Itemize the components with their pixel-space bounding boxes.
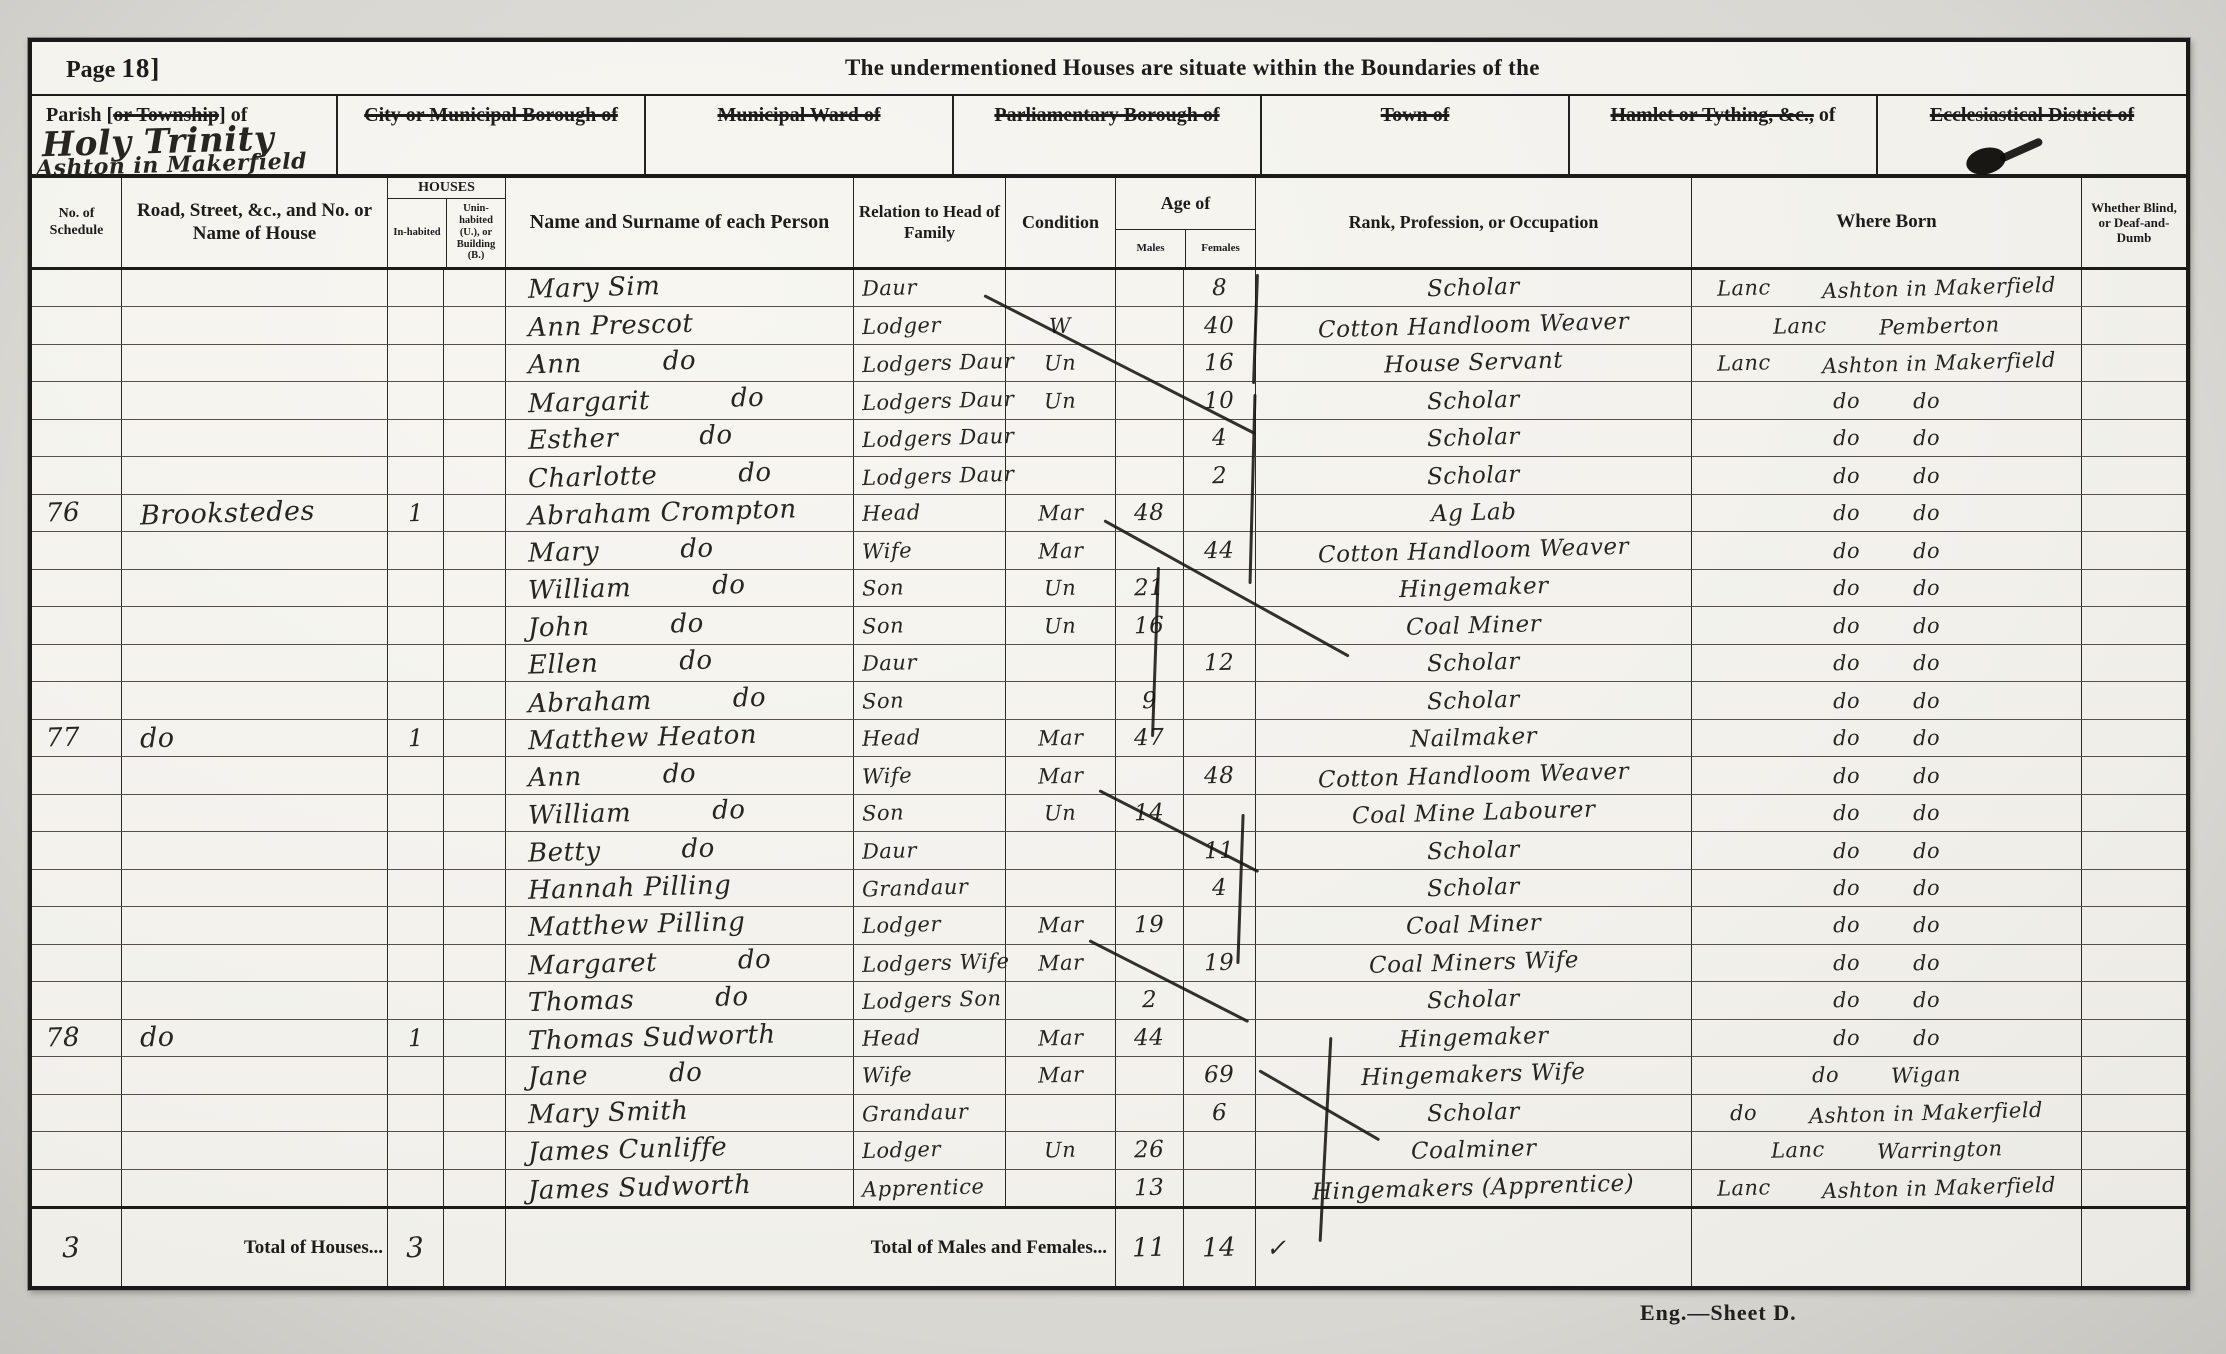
cell-occupation: Nailmaker (1256, 720, 1692, 756)
cell-schedule (32, 382, 122, 418)
cell-age_m (1116, 532, 1184, 568)
cell-schedule (32, 682, 122, 718)
cell-occupation: Cotton Handloom Weaver (1256, 532, 1692, 568)
cell-uninh (444, 495, 506, 531)
table-row: James CunliffeLodgerUn26CoalminerLancWar… (32, 1132, 2186, 1169)
cell-born: dodo (1692, 607, 2082, 643)
cell-age_m (1116, 1095, 1184, 1131)
district-header-row: Parish [or Township] of Holy Trinity Ash… (32, 96, 2186, 178)
occupation-value: Scholar (1427, 686, 1521, 715)
relation-value: Lodger (862, 313, 942, 339)
cell-uninh (444, 307, 506, 343)
condition-value: Un (1044, 613, 1077, 638)
relation-value: Head (862, 1025, 921, 1051)
city-borough-cell: City or Municipal Borough of (338, 96, 646, 174)
cell-road: do (122, 1020, 388, 1056)
age_m-value: 2 (1142, 987, 1158, 1013)
cell-age_f (1184, 495, 1256, 531)
cell-occupation: Coal Miner (1256, 607, 1692, 643)
cell-age_m (1116, 382, 1184, 418)
table-row: Mary SmithGrandaur6ScholardoAshton in Ma… (32, 1095, 2186, 1132)
cell-age_f (1184, 682, 1256, 718)
relation-value: Daur (862, 650, 918, 676)
table-row: Charlotte doLodgers Daur2Scholardodo (32, 457, 2186, 494)
born-county: do (1833, 388, 1861, 413)
cell-name: Mary Smith (506, 1095, 854, 1131)
cell-uninh (444, 907, 506, 943)
cell-road (122, 457, 388, 493)
condition-value: Mar (1037, 763, 1083, 788)
occupation-value: Scholar (1427, 424, 1521, 453)
cell-blind (2082, 532, 2186, 568)
table-row: Ann doLodgers DaurUn16House ServantLancA… (32, 345, 2186, 382)
cell-road (122, 907, 388, 943)
born-place: do (1912, 388, 1940, 413)
age_f-value: 12 (1204, 650, 1235, 677)
cell-inh (388, 1057, 444, 1093)
cell-condition (1006, 870, 1116, 906)
cell-age_f: 4 (1184, 420, 1256, 456)
parliamentary-borough-label: Parliamentary Borough of (994, 104, 1219, 126)
cell-born: dodo (1692, 945, 2082, 981)
name-value: Ellen do (528, 646, 713, 681)
totals-houses-value-cell: 3 (388, 1209, 444, 1286)
totals-born-cell (1692, 1209, 2082, 1286)
cell-born: dodo (1692, 570, 2082, 606)
cell-name: Mary Sim (506, 270, 854, 306)
table-row: Betty doDaur11Scholardodo (32, 832, 2186, 869)
born-place: do (1912, 838, 1940, 863)
age_f-value: 10 (1204, 387, 1235, 414)
cell-condition: Mar (1006, 495, 1116, 531)
cell-age_f: 12 (1184, 645, 1256, 681)
cell-occupation: Scholar (1256, 645, 1692, 681)
cell-blind (2082, 307, 2186, 343)
occupation-value: Coal Miner (1406, 911, 1542, 941)
born-county: do (1833, 463, 1861, 488)
cell-inh (388, 907, 444, 943)
cell-blind (2082, 945, 2186, 981)
col-header-blind-deaf: Whether Blind, or Deaf-and-Dumb (2082, 178, 2186, 267)
born-place: do (1912, 801, 1940, 826)
occupation-value: Coal Miner (1406, 611, 1542, 641)
cell-road (122, 270, 388, 306)
cell-age_f (1184, 570, 1256, 606)
cell-road (122, 570, 388, 606)
cell-age_f: 40 (1184, 307, 1256, 343)
age_f-value: 69 (1204, 1062, 1235, 1089)
relation-value: Grandaur (862, 875, 969, 902)
cell-name: Charlotte do (506, 457, 854, 493)
cell-blind (2082, 382, 2186, 418)
age_m-value: 26 (1134, 1137, 1165, 1164)
born-place: do (1912, 576, 1940, 601)
cell-relation: Head (854, 495, 1006, 531)
born-county: do (1833, 1026, 1861, 1051)
cell-condition: Mar (1006, 1020, 1116, 1056)
name-value: Margarit do (528, 382, 765, 419)
cell-age_m (1116, 420, 1184, 456)
cell-age_f (1184, 607, 1256, 643)
occupation-value: Scholar (1427, 986, 1521, 1015)
col-header-uninhabited: Unin-habited (U.), or Building (B.) (447, 199, 505, 267)
cell-age_m (1116, 307, 1184, 343)
cell-occupation: Coal Miner (1256, 907, 1692, 943)
occupation-value: Hingemakers (Apprentice) (1312, 1170, 1635, 1205)
born-place: do (1912, 913, 1940, 938)
table-row: James SudworthApprentice13Hingemakers (A… (32, 1170, 2186, 1206)
cell-schedule (32, 907, 122, 943)
cell-schedule (32, 945, 122, 981)
table-body: Mary SimDaur8ScholarLancAshton in Makerf… (32, 270, 2186, 1206)
cell-occupation: Scholar (1256, 832, 1692, 868)
condition-value: Un (1044, 1138, 1077, 1163)
cell-age_m (1116, 945, 1184, 981)
born-county: do (1730, 1101, 1758, 1126)
cell-condition: Un (1006, 345, 1116, 381)
cell-blind (2082, 720, 2186, 756)
road-value: Brookstedes (140, 495, 316, 531)
cell-name: James Sudworth (506, 1170, 854, 1206)
name-value: Margaret do (528, 945, 772, 982)
name-value: Ann Prescot (528, 308, 694, 343)
condition-value: Mar (1037, 950, 1083, 975)
cell-condition: Un (1006, 607, 1116, 643)
cell-condition (1006, 645, 1116, 681)
town-label: Town of (1381, 104, 1450, 126)
cell-blind (2082, 1020, 2186, 1056)
occupation-value: Scholar (1427, 649, 1521, 678)
cell-inh (388, 382, 444, 418)
sheet-footer-label: Eng.—Sheet D. (1640, 1300, 1797, 1326)
col-header-name: Name and Surname of each Person (506, 178, 854, 267)
cell-age_m: 21 (1116, 570, 1184, 606)
cell-born: LancAshton in Makerfield (1692, 345, 2082, 381)
name-value: Matthew Pilling (528, 907, 746, 943)
relation-value: Lodger (862, 912, 942, 938)
age_f-value: 2 (1212, 462, 1228, 488)
age_m-value: 13 (1134, 1174, 1165, 1201)
name-value: Jane do (528, 1058, 703, 1093)
occupation-value: Scholar (1427, 836, 1521, 865)
schedule-value: 76 (46, 498, 81, 529)
cell-relation: Lodgers Daur (854, 457, 1006, 493)
cell-schedule (32, 457, 122, 493)
cell-schedule (32, 270, 122, 306)
born-place: Ashton in Makerfield (1822, 1173, 2057, 1204)
cell-age_m: 16 (1116, 607, 1184, 643)
cell-uninh (444, 345, 506, 381)
cell-born: dodo (1692, 682, 2082, 718)
cell-age_f: 11 (1184, 832, 1256, 868)
cell-name: John do (506, 607, 854, 643)
relation-value: Apprentice (862, 1174, 985, 1201)
cell-age_m: 44 (1116, 1020, 1184, 1056)
cell-born: LancAshton in Makerfield (1692, 270, 2082, 306)
col-header-road: Road, Street, &c., and No. or Name of Ho… (122, 178, 388, 267)
occupation-value: Hingemaker (1398, 1023, 1548, 1053)
cell-inh (388, 307, 444, 343)
cell-occupation: Scholar (1256, 870, 1692, 906)
name-value: Mary Sim (528, 271, 661, 305)
cell-blind (2082, 270, 2186, 306)
cell-age_f: 44 (1184, 532, 1256, 568)
age_f-value: 6 (1212, 1100, 1228, 1126)
cell-uninh (444, 270, 506, 306)
cell-relation: Lodger (854, 907, 1006, 943)
table-row: Thomas doLodgers Son2Scholardodo (32, 982, 2186, 1019)
cell-uninh (444, 795, 506, 831)
cell-condition (1006, 1170, 1116, 1206)
cell-inh (388, 1170, 444, 1206)
table-row: Matthew PillingLodgerMar19Coal Minerdodo (32, 907, 2186, 944)
cell-relation: Lodger (854, 1132, 1006, 1168)
cell-road (122, 607, 388, 643)
road-value: do (140, 1022, 175, 1054)
cell-blind (2082, 832, 2186, 868)
born-county: do (1833, 688, 1861, 713)
cell-name: Ann Prescot (506, 307, 854, 343)
cell-born: dodo (1692, 795, 2082, 831)
born-county: do (1833, 838, 1861, 863)
cell-age_m: 19 (1116, 907, 1184, 943)
born-county: do (1833, 801, 1861, 826)
ecclesiastical-district-label: Ecclesiastical District of (1930, 104, 2134, 126)
condition-value: Mar (1037, 501, 1083, 526)
name-value: Hannah Pilling (528, 870, 732, 906)
age_f-value: 48 (1204, 762, 1235, 789)
cell-uninh (444, 1095, 506, 1131)
cell-name: Abraham Crompton (506, 495, 854, 531)
page-number-value: 18] (121, 53, 160, 83)
road-value: do (140, 722, 175, 754)
col-header-age-group: Age of Males Females (1116, 178, 1256, 267)
cell-name: James Cunliffe (506, 1132, 854, 1168)
cell-age_f: 4 (1184, 870, 1256, 906)
cell-relation: Lodger (854, 307, 1006, 343)
age_f-value: 19 (1204, 950, 1235, 977)
cell-inh (388, 457, 444, 493)
cell-uninh (444, 607, 506, 643)
totals-uninhabited-cell (444, 1209, 506, 1286)
cell-uninh (444, 420, 506, 456)
totals-check-cell: ✓ (1256, 1209, 1692, 1286)
born-county: do (1833, 501, 1861, 526)
cell-name: Thomas Sudworth (506, 1020, 854, 1056)
totals-males-value: 11 (1132, 1232, 1167, 1263)
age_m-value: 48 (1134, 500, 1165, 527)
condition-value: Un (1044, 351, 1077, 376)
cell-blind (2082, 420, 2186, 456)
cell-condition (1006, 832, 1116, 868)
town-cell: Town of (1262, 96, 1570, 174)
cell-inh (388, 420, 444, 456)
born-place: do (1912, 1026, 1940, 1051)
name-value: James Cunliffe (528, 1133, 728, 1169)
cell-schedule (32, 757, 122, 793)
cell-relation: Lodgers Daur (854, 420, 1006, 456)
cell-schedule (32, 1132, 122, 1168)
cell-occupation: Coal Mine Labourer (1256, 795, 1692, 831)
cell-condition: Un (1006, 382, 1116, 418)
table-row: John doSonUn16Coal Minerdodo (32, 607, 2186, 644)
cell-name: Abraham do (506, 682, 854, 718)
col-header-where-born: Where Born (1692, 178, 2082, 267)
cell-uninh (444, 982, 506, 1018)
cell-age_m (1116, 345, 1184, 381)
cell-inh: 1 (388, 495, 444, 531)
cell-blind (2082, 457, 2186, 493)
cell-age_f: 6 (1184, 1095, 1256, 1131)
table-row: Jane doWifeMar69Hingemakers WifedoWigan (32, 1057, 2186, 1094)
cell-inh (388, 532, 444, 568)
cell-road (122, 832, 388, 868)
age-group-title: Age of (1116, 178, 1255, 230)
age_f-value: 16 (1204, 350, 1235, 377)
cell-born: doAshton in Makerfield (1692, 1095, 2082, 1131)
cell-road (122, 420, 388, 456)
name-value: James Sudworth (528, 1170, 752, 1206)
cell-blind (2082, 345, 2186, 381)
cell-inh (388, 645, 444, 681)
census-sheet: Page 18] The undermentioned Houses are s… (28, 38, 2190, 1290)
cell-uninh (444, 1057, 506, 1093)
cell-occupation: Scholar (1256, 420, 1692, 456)
cell-born: dodo (1692, 982, 2082, 1018)
cell-age_m: 48 (1116, 495, 1184, 531)
page-number: Page 18] (66, 53, 160, 84)
occupation-value: Coal Miners Wife (1368, 947, 1579, 979)
col-header-females: Females (1186, 230, 1255, 267)
cell-occupation: Scholar (1256, 270, 1692, 306)
cell-blind (2082, 1057, 2186, 1093)
name-value: William do (528, 795, 746, 831)
cell-uninh (444, 1132, 506, 1168)
col-header-condition: Condition (1006, 178, 1116, 267)
occupation-value: Hingemakers Wife (1361, 1059, 1586, 1091)
cell-blind (2082, 607, 2186, 643)
cell-schedule (32, 1057, 122, 1093)
cell-born: LancWarrington (1692, 1132, 2082, 1168)
cell-relation: Grandaur (854, 1095, 1006, 1131)
totals-males-cell: 11 (1116, 1209, 1184, 1286)
cell-condition: Un (1006, 570, 1116, 606)
totals-males-females-label: Total of Males and Females... (871, 1237, 1107, 1259)
occupation-value: Scholar (1427, 461, 1521, 490)
cell-road: do (122, 720, 388, 756)
name-value: Thomas do (528, 982, 749, 1018)
born-county: do (1833, 426, 1861, 451)
table-row: 78do1Thomas SudworthHeadMar44Hingemakerd… (32, 1020, 2186, 1057)
cell-inh (388, 832, 444, 868)
cell-schedule: 76 (32, 495, 122, 531)
municipal-ward-cell: Municipal Ward of (646, 96, 954, 174)
table-row: Ellen doDaur12Scholardodo (32, 645, 2186, 682)
occupation-value: Hingemaker (1398, 573, 1548, 603)
born-place: do (1912, 463, 1940, 488)
born-place: Ashton in Makerfield (1822, 273, 2057, 304)
col-header-houses-group: HOUSES In-habited Unin-habited (U.), or … (388, 178, 506, 267)
cell-condition: Mar (1006, 720, 1116, 756)
relation-value: Lodgers Daur (862, 462, 1015, 490)
cell-age_m: 14 (1116, 795, 1184, 831)
cell-age_m (1116, 645, 1184, 681)
born-county: do (1833, 876, 1861, 901)
born-county: do (1833, 651, 1861, 676)
cell-schedule (32, 1095, 122, 1131)
cell-inh (388, 1132, 444, 1168)
relation-value: Lodgers Son (862, 986, 1002, 1014)
cell-age_f: 19 (1184, 945, 1256, 981)
cell-uninh (444, 832, 506, 868)
born-county: do (1833, 988, 1861, 1013)
totals-row: 3 Total of Houses... 3 Total of Males an… (32, 1206, 2186, 1286)
table-row: Abraham doSon9Scholardodo (32, 682, 2186, 719)
born-county: do (1833, 951, 1861, 976)
cell-born: dodo (1692, 832, 2082, 868)
cell-inh (388, 345, 444, 381)
relation-value: Son (862, 800, 905, 825)
cell-age_m: 47 (1116, 720, 1184, 756)
born-county: do (1833, 763, 1861, 788)
relation-value: Son (862, 688, 905, 713)
cell-relation: Apprentice (854, 1170, 1006, 1206)
occupation-value: Scholar (1427, 1099, 1521, 1128)
born-county: Lanc (1716, 350, 1770, 375)
cell-blind (2082, 645, 2186, 681)
born-place: do (1912, 688, 1940, 713)
cell-inh (388, 757, 444, 793)
cell-relation: Daur (854, 645, 1006, 681)
cell-occupation: House Servant (1256, 345, 1692, 381)
cell-condition (1006, 1095, 1116, 1131)
cell-schedule (32, 420, 122, 456)
cell-condition: Mar (1006, 907, 1116, 943)
relation-value: Lodgers Daur (862, 424, 1015, 452)
name-value: Mary Smith (528, 1096, 689, 1130)
cell-name: Jane do (506, 1057, 854, 1093)
cell-occupation: Scholar (1256, 1095, 1692, 1131)
born-county: Lanc (1716, 1175, 1770, 1200)
cell-uninh (444, 720, 506, 756)
col-header-occupation: Rank, Profession, or Occupation (1256, 178, 1692, 267)
born-place: Warrington (1876, 1137, 2002, 1164)
condition-value: Mar (1037, 538, 1083, 563)
cell-name: Hannah Pilling (506, 870, 854, 906)
born-place: do (1912, 763, 1940, 788)
cell-inh (388, 870, 444, 906)
occupation-value: Nailmaker (1410, 723, 1538, 753)
cell-relation: Daur (854, 832, 1006, 868)
totals-females-cell: 14 (1184, 1209, 1256, 1286)
name-value: Esther do (528, 420, 733, 456)
cell-uninh (444, 532, 506, 568)
age_m-value: 47 (1134, 725, 1165, 752)
name-value: Ann do (528, 758, 697, 793)
born-place: Pemberton (1879, 312, 2000, 339)
cell-schedule (32, 307, 122, 343)
cell-condition: Un (1006, 795, 1116, 831)
table-row: 77do1Matthew HeatonHeadMar47Nailmakerdod… (32, 720, 2186, 757)
cell-blind (2082, 982, 2186, 1018)
cell-schedule (32, 345, 122, 381)
cell-relation: Grandaur (854, 870, 1006, 906)
born-county: do (1812, 1063, 1840, 1088)
age_f-value: 4 (1212, 425, 1228, 451)
cell-schedule: 78 (32, 1020, 122, 1056)
cell-blind (2082, 1170, 2186, 1206)
cell-occupation: Scholar (1256, 682, 1692, 718)
